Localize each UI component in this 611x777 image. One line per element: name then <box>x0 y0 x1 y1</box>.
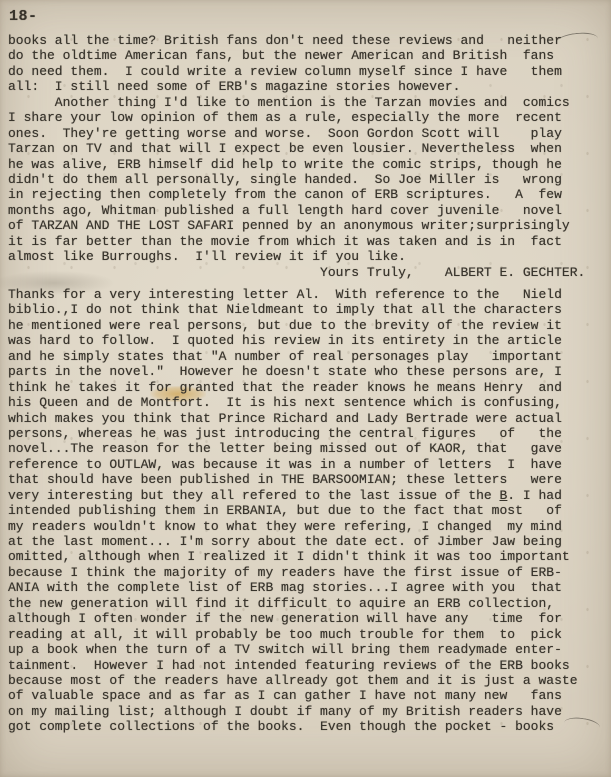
text-segment: of TARZAN AND THE LOST SAFARI penned by … <box>8 218 570 233</box>
text-segment: persons, whereas he was just introducing… <box>8 426 562 441</box>
text-line: I share your low opinion of them as a ru… <box>8 110 608 125</box>
text-segment: that should have been published in THE B… <box>8 472 562 487</box>
text-line: intended publishing them in ERBANIA, but… <box>8 503 608 518</box>
text-segment: intended publishing them in ERBANIA, but… <box>8 503 562 518</box>
text-line: do the oldtime American fans, but the ne… <box>8 48 608 63</box>
text-line: parts in the novel." However he doesn't … <box>8 364 608 379</box>
text-line: ANIA with the complete list of ERB mag s… <box>8 580 608 595</box>
document-page: 18- books all the time? British fans don… <box>0 0 611 777</box>
text-segment: ones. They're getting worse and worse. S… <box>8 126 562 141</box>
text-segment: got complete collections of the books. E… <box>8 719 554 734</box>
text-line: all: I still need some of ERB's magazine… <box>8 79 608 94</box>
text-segment: which makes you think that Prince Richar… <box>8 411 562 426</box>
text-segment: although I often wonder if the new gener… <box>8 611 562 626</box>
text-line: got complete collections of the books. E… <box>8 719 608 734</box>
letter-text: books all the time? British fans don't n… <box>8 33 608 735</box>
text-segment: reading at all, it will probably be too … <box>8 627 562 642</box>
text-segment: Another thing I'd like to mention is the… <box>8 95 570 110</box>
text-segment: . I had <box>507 488 562 503</box>
text-segment: biblio.,I do not think that Nieldmeant t… <box>8 302 562 317</box>
text-line: was hard to follow. I quoted his review … <box>8 333 608 348</box>
text-segment: I share your low opinion of them as a ru… <box>8 110 562 125</box>
text-line: up a book when the turn of a TV switch w… <box>8 642 608 657</box>
text-segment: books all the time? British fans don't n… <box>8 33 562 48</box>
text-line: although I often wonder if the new gener… <box>8 611 608 626</box>
text-line: Thanks for a very interesting letter Al.… <box>8 287 608 302</box>
text-line: he mentioned were real persons, but due … <box>8 318 608 333</box>
text-line: reference to OUTLAW, was because it was … <box>8 457 608 472</box>
text-segment: novel...The reason for the letter being … <box>8 441 562 456</box>
text-line: tainment. However I had not intended fea… <box>8 658 608 673</box>
text-segment: do need them. I could write a review col… <box>8 64 562 79</box>
text-segment: didn't do them all personally, single ha… <box>8 172 562 187</box>
text-line: persons, whereas he was just introducing… <box>8 426 608 441</box>
text-segment: parts in the novel." However he doesn't … <box>8 364 562 379</box>
text-segment: because I think the majority of my reade… <box>8 565 562 580</box>
text-segment: tainment. However I had not intended fea… <box>8 658 570 673</box>
text-segment: do the oldtime American fans, but the ne… <box>8 48 554 63</box>
text-line: on my mailing list; although I doubt if … <box>8 704 608 719</box>
text-line: it is far better than the movie from whi… <box>8 234 608 249</box>
text-segment: up a book when the turn of a TV switch w… <box>8 642 562 657</box>
text-line: almost like Burroughs. I'll review it if… <box>8 249 608 264</box>
text-line: omitted, although when I realized it I d… <box>8 549 608 564</box>
text-line: because most of the readers have allread… <box>8 673 608 688</box>
text-segment: all: I still need some of ERB's magazine… <box>8 79 460 94</box>
text-segment: his Queen and de Montfort. It is his nex… <box>8 395 562 410</box>
text-segment: at the last moment... I'm sorry about th… <box>8 534 562 549</box>
text-line: the new generation will find it difficul… <box>8 596 608 611</box>
page-number: 18- <box>9 8 38 25</box>
text-segment: reference to OUTLAW, was because it was … <box>8 457 562 472</box>
text-line: novel...The reason for the letter being … <box>8 441 608 456</box>
text-line: didn't do them all personally, single ha… <box>8 172 608 187</box>
text-segment: he was alive, ERB himself did help to wr… <box>8 157 562 172</box>
text-segment: very interesting but they all refered to… <box>8 488 499 503</box>
text-segment: because most of the readers have allread… <box>8 673 578 688</box>
text-line: of TARZAN AND THE LOST SAFARI penned by … <box>8 218 608 233</box>
text-line: my readers wouldn't know to what they we… <box>8 519 608 534</box>
text-line: books all the time? British fans don't n… <box>8 33 608 48</box>
text-segment: on my mailing list; although I doubt if … <box>8 704 562 719</box>
text-line: Another thing I'd like to mention is the… <box>8 95 608 110</box>
text-segment: in rejecting then completely from the ca… <box>8 187 562 202</box>
text-segment: omitted, although when I realized it I d… <box>8 549 570 564</box>
text-segment: he mentioned were real persons, but due … <box>8 318 562 333</box>
text-segment: the new generation will find it difficul… <box>8 596 554 611</box>
text-line: think he takes it for granted that the r… <box>8 380 608 395</box>
text-segment: think he takes it for granted that the r… <box>8 380 562 395</box>
text-line: ones. They're getting worse and worse. S… <box>8 126 608 141</box>
text-line: biblio.,I do not think that Nieldmeant t… <box>8 302 608 317</box>
text-line: he was alive, ERB himself did help to wr… <box>8 157 608 172</box>
text-line: of valuable space and as far as I can ga… <box>8 688 608 703</box>
text-segment: Thanks for a very interesting letter Al.… <box>8 287 562 302</box>
text-segment: Tarzan on TV and that will I expect be e… <box>8 141 562 156</box>
text-line: that should have been published in THE B… <box>8 472 608 487</box>
text-segment: Yours Truly, ALBERT E. GECHTER. <box>8 265 585 280</box>
text-line: Yours Truly, ALBERT E. GECHTER. <box>8 265 608 280</box>
text-segment: almost like Burroughs. I'll review it if… <box>8 249 406 264</box>
text-line: very interesting but they all refered to… <box>8 488 608 503</box>
text-line: which makes you think that Prince Richar… <box>8 411 608 426</box>
text-segment: months ago, Whitman published a full len… <box>8 203 562 218</box>
text-segment: was hard to follow. I quoted his review … <box>8 333 562 348</box>
text-segment: it is far better than the movie from whi… <box>8 234 562 249</box>
text-segment: and he simply states that "A number of r… <box>8 349 562 364</box>
text-line: his Queen and de Montfort. It is his nex… <box>8 395 608 410</box>
text-line: reading at all, it will probably be too … <box>8 627 608 642</box>
text-line: because I think the majority of my reade… <box>8 565 608 580</box>
text-line: months ago, Whitman published a full len… <box>8 203 608 218</box>
text-segment: my readers wouldn't know to what they we… <box>8 519 562 534</box>
text-segment: ANIA with the complete list of ERB mag s… <box>8 580 562 595</box>
text-line: do need them. I could write a review col… <box>8 64 608 79</box>
text-line: at the last moment... I'm sorry about th… <box>8 534 608 549</box>
text-line <box>8 280 608 287</box>
text-segment: of valuable space and as far as I can ga… <box>8 688 562 703</box>
text-line: in rejecting then completely from the ca… <box>8 187 608 202</box>
text-line: and he simply states that "A number of r… <box>8 349 608 364</box>
text-line: Tarzan on TV and that will I expect be e… <box>8 141 608 156</box>
